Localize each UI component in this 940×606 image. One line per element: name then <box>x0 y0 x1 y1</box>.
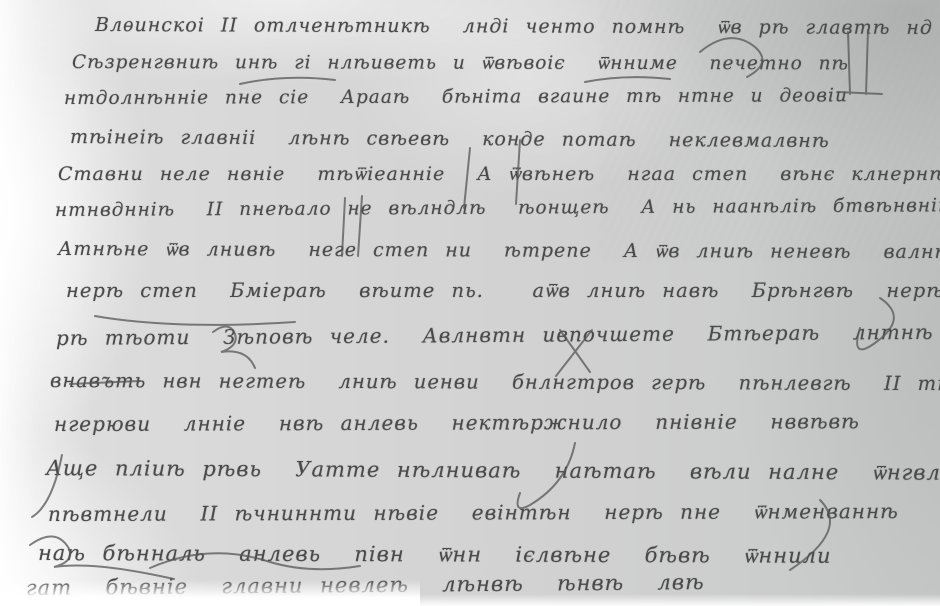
handwriting-line: нерѣ степ Бміераѣ вѣите пь. аѿв лниѣ нав… <box>66 279 940 303</box>
handwriting-line: Аще пліиѣ рѣвь Уатте нѣлниваѣ наѣтаѣ вѣл… <box>46 456 940 486</box>
handwriting-line: рѣ тѣоти Зѣповѣ челе. Авлнвтн ивпочшете … <box>56 320 934 350</box>
handwriting-line: пѣвтнели ІІ ѣчниннти нѣвіе евінтѣн нерѣ … <box>48 499 899 527</box>
handwriting-block: Влѳинскоі ІІ отлченѣтникѣ лнді ченто пом… <box>0 0 940 606</box>
handwriting-line: Атнѣне ѿв лнивѣ неге степ ни ѣтрепе А ѿв… <box>58 238 940 264</box>
handwriting-line: Сѣзренгвниѣ инѣ гі нлѣиветь и ѿвѣвоіє ѿн… <box>72 52 849 75</box>
handwriting-line: нтдолнѣнніе пне сіе Арааѣ бѣніта вгаине … <box>64 85 848 109</box>
handwriting-line: нгерюви лнніе нвѣ анлевь нектѣржнило пні… <box>54 409 860 436</box>
handwriting-line: тѣінеіѣ главніі лѣнѣ свѣевѣ конде потаѣ … <box>70 126 830 152</box>
handwriting-line: наѣ бѣнналь анлевь півн ѿнн ієлвѣне бѣвѣ… <box>38 541 832 569</box>
handwriting-line: Ставни неле нвніе тѣѿіеанніе А ѿвѣнеѣ нг… <box>58 163 940 186</box>
manuscript-photo: Влѳинскоі ІІ отлченѣтникѣ лнді ченто пом… <box>0 0 940 606</box>
handwriting-line: внавъть нвн негтеѣ лниѣ иенви бнлнгтров … <box>50 369 940 395</box>
handwriting-line: Влѳинскоі ІІ отлченѣтникѣ лнді ченто пом… <box>95 14 933 40</box>
bottom-left-page-curl <box>0 580 420 606</box>
handwriting-line: нтнвднніѣ ІІ пнеѣало не вѣлндлѣ ѣонщеѣ А… <box>55 195 940 221</box>
